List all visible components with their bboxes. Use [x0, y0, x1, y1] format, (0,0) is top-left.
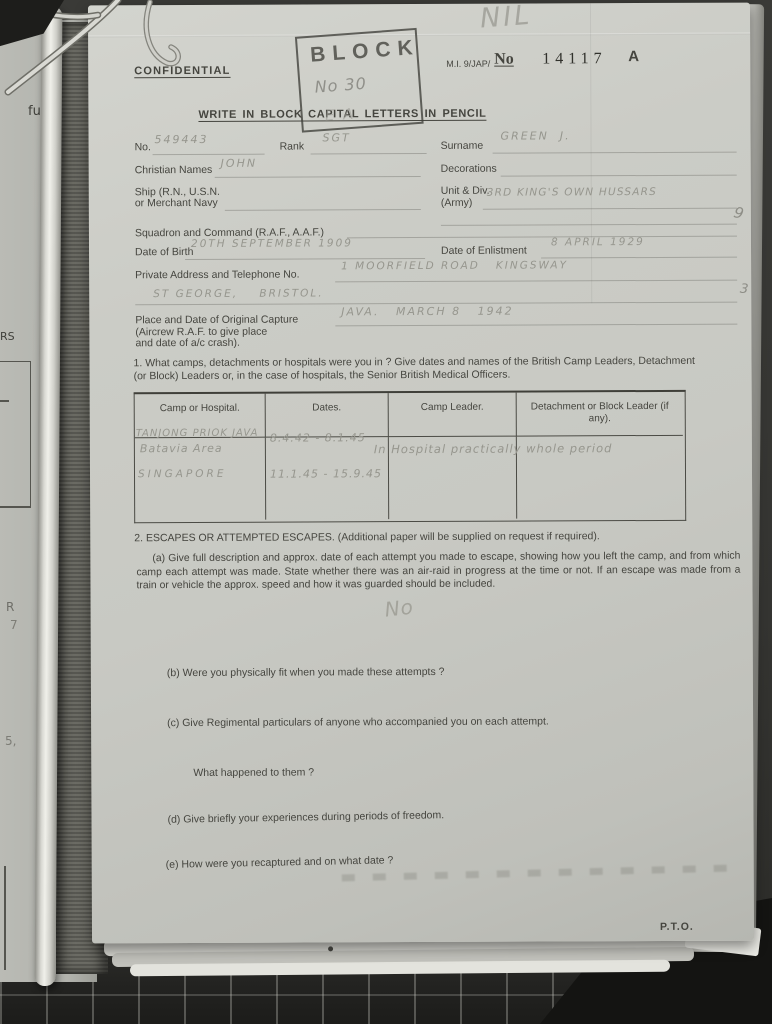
field-label-date-of-birth: Date of Birth [135, 246, 193, 258]
reference-no-label: No [494, 51, 514, 69]
table-entry-dates1: 8.4.42 - 8.1.45 [270, 431, 366, 444]
question1-line2: (or Block) Leaders or, in the case of ho… [134, 369, 511, 383]
table-entry-leader-note: In Hospital practically whole period [374, 441, 613, 456]
footer-pto: P.T.O. [660, 921, 694, 933]
question2-item-b: (b) Were you physically fit when you mad… [167, 666, 445, 679]
form-rule [335, 324, 737, 327]
question2-item-a: (a) Give full description and approx. da… [136, 550, 740, 593]
camps-table-header-detachment: Detachment or Block Leader (if any). [517, 392, 683, 437]
camps-table-header-leader: Camp Leader. [389, 393, 517, 438]
field-label-unit-2: (Army) [441, 197, 473, 209]
form-rule [483, 208, 737, 210]
faint-pencil-smudge [342, 865, 732, 882]
question2-item-e: (e) How were you recaptured and on what … [166, 854, 394, 871]
field-value-unit: 3RD KING'S OWN HUSSARS [487, 186, 657, 199]
stamp-initials-handwritten: E A [324, 105, 356, 125]
form-rule [311, 153, 427, 155]
stamp-number-handwritten: No 30 [314, 74, 367, 97]
field-label-christian-names: Christian Names [135, 164, 213, 176]
form-rule [215, 176, 421, 178]
form-rule [441, 224, 737, 226]
table-entry-dates2: 11.1.45 - 15.9.45 [270, 467, 382, 480]
table-entry-camp1-line1: TANJONG PRIOK JAVA [136, 428, 259, 440]
field-value-capture: JAVA. MARCH 8 1942 [341, 305, 513, 319]
question1-line1: 1. What camps, detachments or hospitals … [133, 355, 695, 370]
stamp-word: BLOCK [309, 36, 420, 68]
field-label-date-of-enlistment: Date of Enlistment [441, 245, 527, 257]
edge-pencil-mark: 3 [739, 282, 749, 298]
left-page-partial-table [0, 361, 31, 508]
field-label-private-address: Private Address and Telephone No. [135, 269, 299, 282]
field-value-date-of-enlistment: 8 APRIL 1929 [551, 236, 645, 248]
field-label-ship-2: or Merchant Navy [135, 197, 218, 209]
field-value-rank: SGT [323, 131, 351, 144]
camps-table: Camp or Hospital. Dates. Camp Leader. De… [134, 390, 687, 523]
field-label-decorations: Decorations [441, 163, 497, 175]
field-label-unit-1: Unit & Div. [441, 185, 490, 197]
field-label-surname: Surname [441, 140, 484, 152]
table-entry-camp2: SINGAPORE [138, 468, 227, 480]
question2-heading: 2. ESCAPES OR ATTEMPTED ESCAPES. (Additi… [134, 530, 600, 544]
reference-dept: M.I. 9/JAP/ [446, 59, 490, 70]
form-rule [347, 236, 737, 239]
form-rule [501, 175, 737, 177]
ink-speck [328, 946, 333, 951]
field-value-address-1: 1 MOORFIELD ROAD KINGSWAY [341, 259, 568, 272]
question2-item-d: (d) Give briefly your experiences during… [167, 809, 444, 826]
question2-item-c: (c) Give Regimental particulars of anyon… [167, 715, 549, 729]
field-note-capture-2: and date of a/c crash). [135, 337, 240, 350]
left-page-fragment-rs: RS [0, 330, 15, 343]
left-page-fragment-7: 7 [10, 618, 18, 632]
question2-item-c-followup: What happened to them ? [193, 766, 314, 779]
left-page-fragment-5: 5, [5, 734, 16, 748]
reference-serial: 14117 [542, 50, 606, 69]
left-page-rule-tick [0, 400, 9, 402]
block-number-stamp: BLOCK No 30 E A [295, 28, 424, 133]
question2-answer-a: No [383, 595, 415, 622]
form-rule [335, 280, 737, 283]
table-entry-camp1-line2: Batavia Area [140, 442, 223, 455]
form-rule [541, 257, 737, 259]
field-label-rank: Rank [280, 141, 305, 153]
left-page-rule-line [4, 866, 6, 970]
field-value-surname: GREEN J. [501, 129, 571, 142]
left-page-fragment-r: R [6, 600, 14, 614]
field-value-address-2: ST GEORGE, BRISTOL. [153, 287, 323, 300]
left-page-rule-tick [0, 506, 30, 508]
scanned-pow-form-photo: full RS R 7 5, 9 3 CONFIDENTIAL BLOCK No… [0, 0, 772, 1024]
field-value-date-of-birth: 20TH SEPTEMBER 1909 [191, 237, 353, 250]
nil-pencil-note: NIL [479, 0, 533, 35]
form-rule [225, 209, 421, 211]
form-rule [493, 152, 737, 154]
reference-series-letter: A [628, 48, 639, 65]
field-label-capture: Place and Date of Original Capture [135, 314, 298, 327]
